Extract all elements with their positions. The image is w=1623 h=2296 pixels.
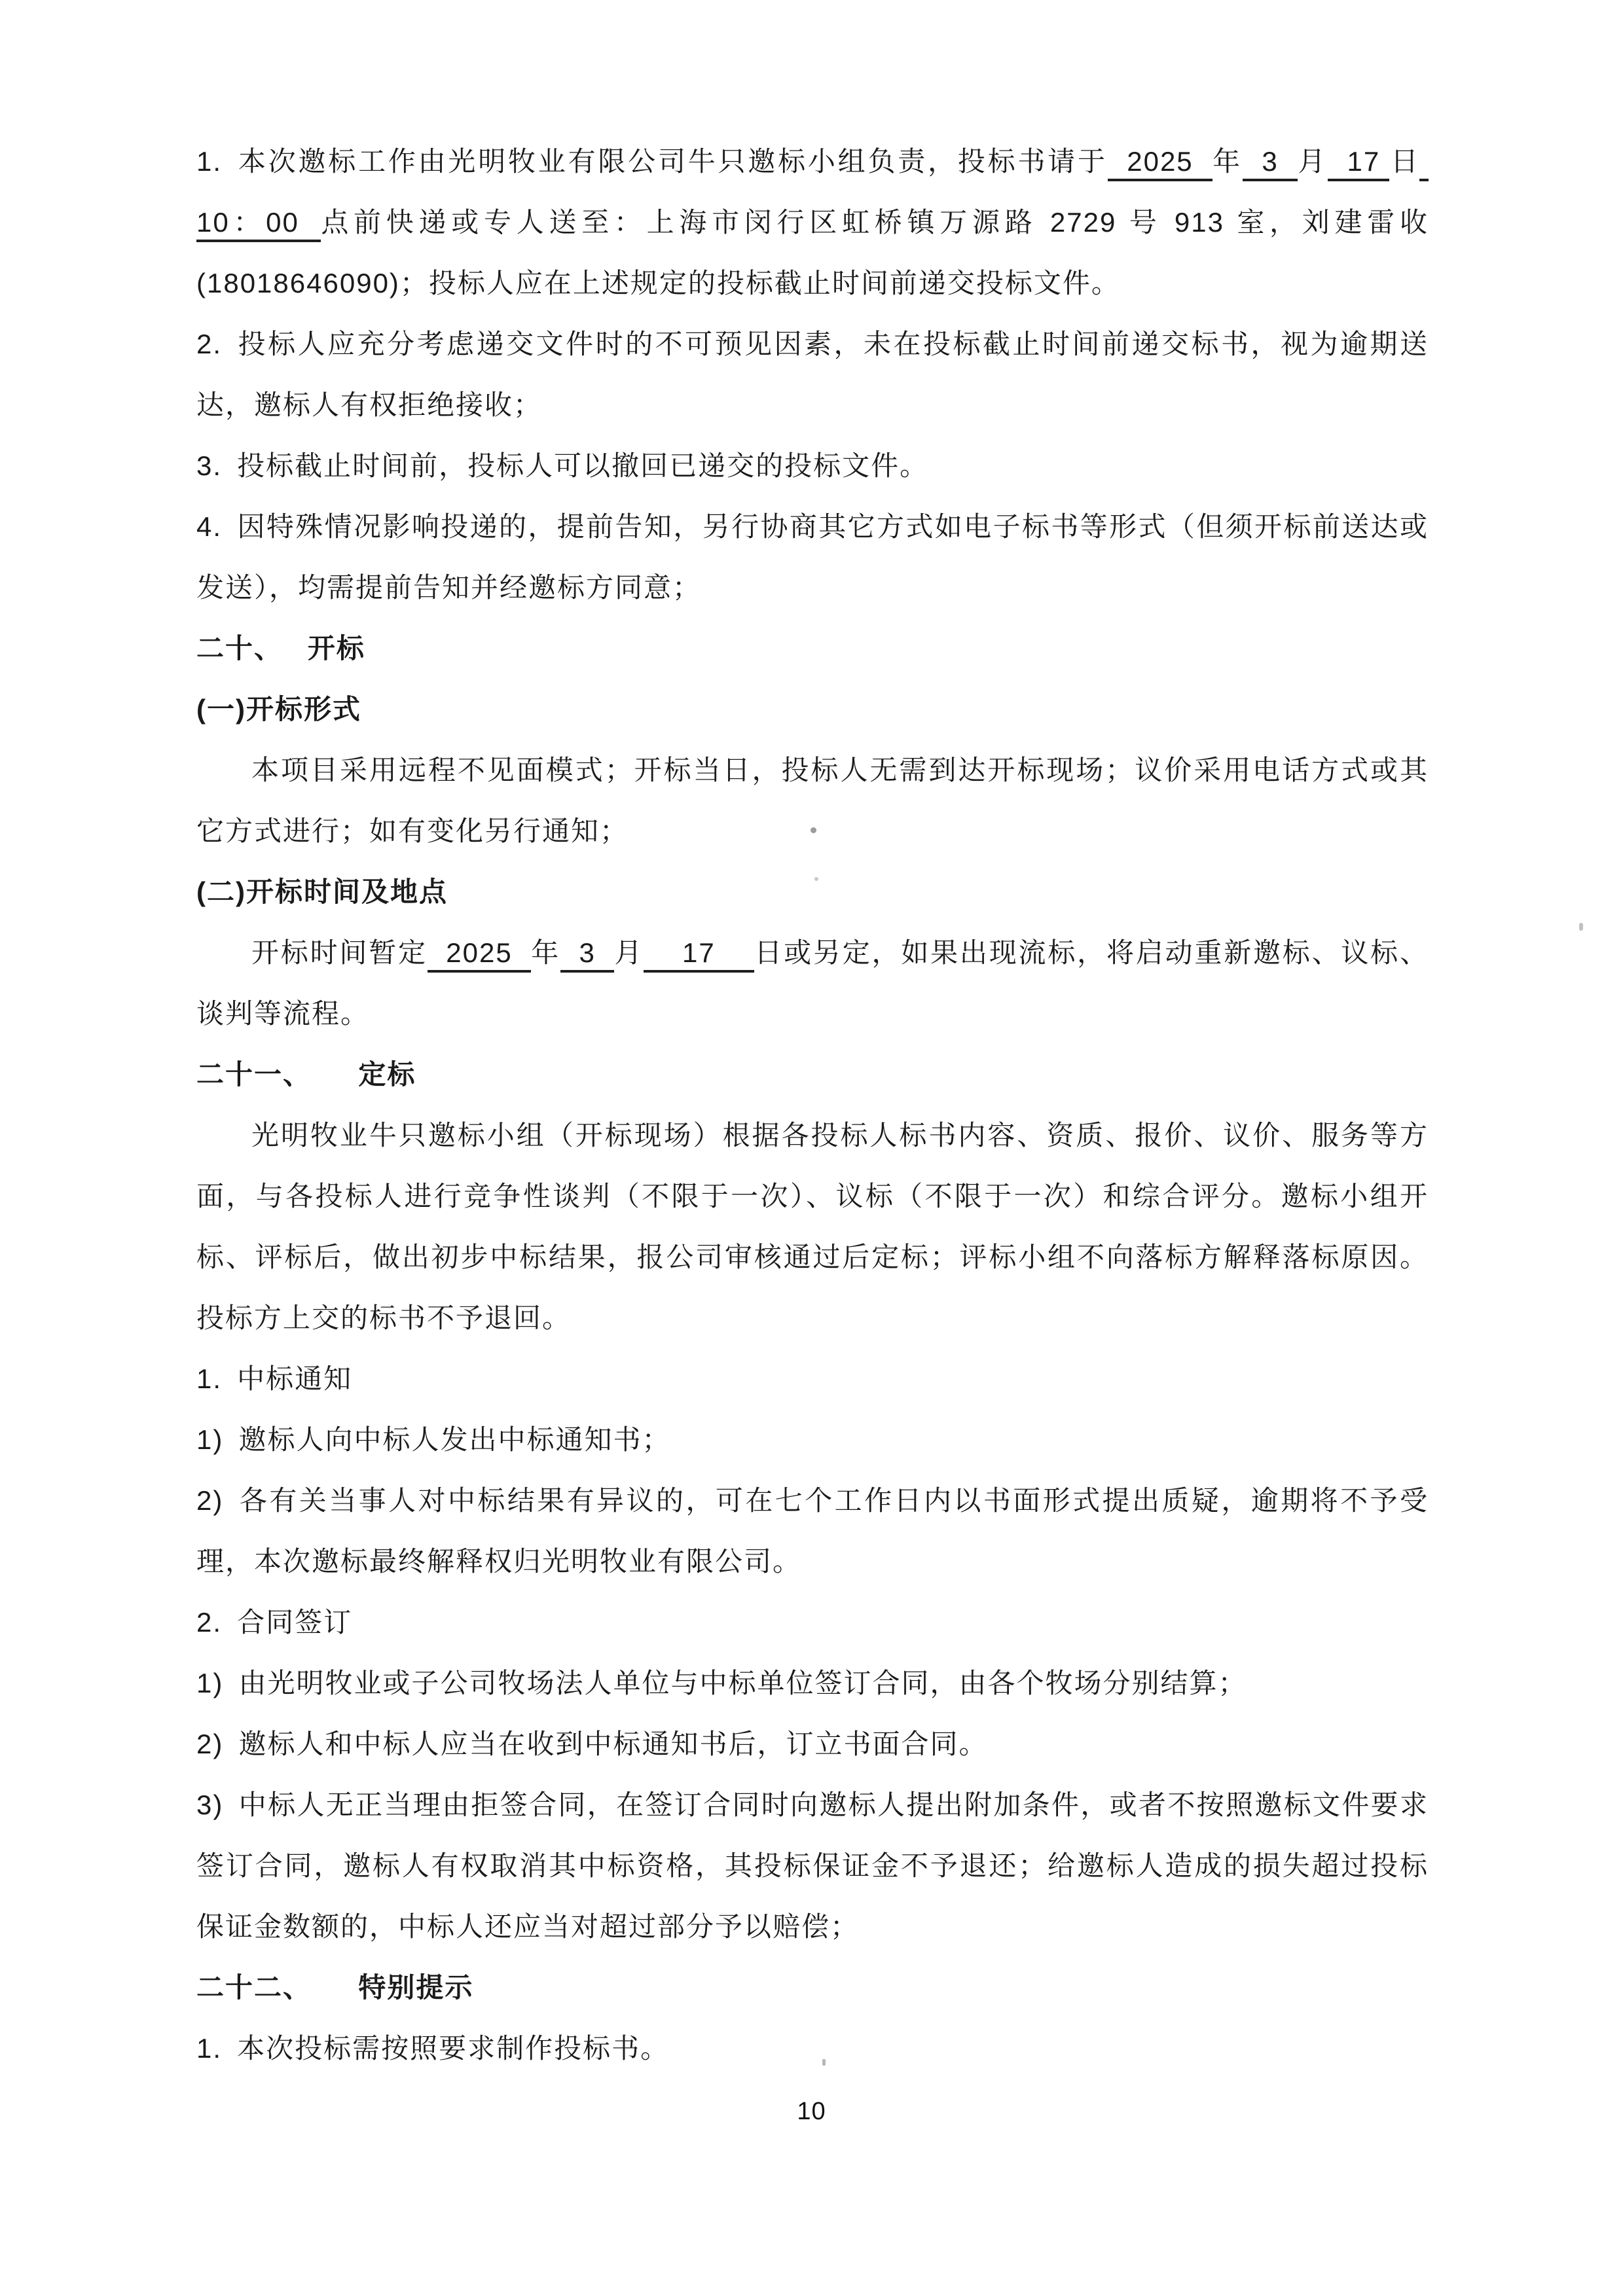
text-segment: 中标通知 xyxy=(237,1363,352,1394)
heading-number: 二十一、 xyxy=(196,1059,312,1090)
underlined-year: 2025 xyxy=(428,937,531,973)
list-marker: 1) xyxy=(196,1424,223,1455)
para-award-process: 光明牧业牛只邀标小组（开标现场）根据各投标人标书内容、资质、报价、议价、服务等方… xyxy=(196,1105,1429,1348)
list-marker: 3) xyxy=(196,1789,223,1820)
text-segment: 本次投标需按照要求制作投标书。 xyxy=(237,2033,669,2064)
text-segment: 因特殊情况影响投递的，提前告知，另行协商其它方式如电子标书等形式（但须开标前送达… xyxy=(196,511,1429,603)
heading-title: 定标 xyxy=(358,1059,416,1090)
heading-bid-opening: 二十、开标 xyxy=(196,618,1429,679)
item-special-note-1: 1.本次投标需按照要求制作投标书。 xyxy=(196,2018,1429,2079)
underlined-day: 17 xyxy=(644,937,754,973)
list-marker: 1. xyxy=(196,146,222,177)
underlined-month: 3 xyxy=(560,937,614,973)
text-segment: 月 xyxy=(614,937,644,968)
para-opening-format: 本项目采用远程不见面模式；开标当日，投标人无需到达开标现场；议价采用电话方式或其… xyxy=(196,740,1429,861)
item-award-notice: 1.中标通知 xyxy=(196,1348,1429,1409)
heading-special-note: 二十二、特别提示 xyxy=(196,1957,1429,2018)
item-notice-2: 2)各有关当事人对中标结果有异议的，可在七个工作日内以书面形式提出质疑，逾期将不… xyxy=(196,1470,1429,1592)
underlined-year: 2025 xyxy=(1108,146,1213,181)
text-segment: 本次邀标工作由光明牧业有限公司牛只邀标小组负责，投标书请于 xyxy=(237,146,1108,177)
document-body: 1.本次邀标工作由光明牧业有限公司牛只邀标小组负责，投标书请于 2025 年 3… xyxy=(196,131,1429,2079)
list-marker: 1. xyxy=(196,1363,222,1394)
scan-artifact xyxy=(814,877,818,881)
list-marker: 4. xyxy=(196,511,222,542)
list-marker: 2) xyxy=(196,1729,223,1759)
heading-title: (二)开标时间及地点 xyxy=(196,876,448,907)
heading-title: 开标 xyxy=(308,633,365,664)
item-contract-3: 3)中标人无正当理由拒签合同，在签订合同时向邀标人提出附加条件，或者不按照邀标文… xyxy=(196,1774,1429,1957)
list-marker: 1. xyxy=(196,2033,222,2064)
para-opening-time: 开标时间暂定 2025 年 3 月 17 日或另定，如果出现流标，将启动重新邀标… xyxy=(196,922,1429,1044)
heading-title: 特别提示 xyxy=(358,1972,473,2003)
scan-artifact xyxy=(811,827,816,833)
clause-withdrawal: 3.投标截止时间前，投标人可以撤回已递交的投标文件。 xyxy=(196,435,1429,496)
list-marker: 2. xyxy=(196,1607,222,1638)
underlined-day: 17 xyxy=(1328,146,1389,181)
text-segment: 合同签订 xyxy=(237,1607,352,1638)
text-segment: 开标时间暂定 xyxy=(251,937,428,968)
heading-award: 二十一、定标 xyxy=(196,1044,1429,1105)
scan-artifact xyxy=(1579,923,1583,931)
list-marker: 2. xyxy=(196,329,222,359)
page-number: 10 xyxy=(0,2098,1623,2126)
text-segment: 由光明牧业或子公司牧场法人单位与中标单位签订合同，由各个牧场分别结算； xyxy=(238,1668,1247,1698)
subheading-opening-format: (一)开标形式 xyxy=(196,679,1429,740)
text-segment: 年 xyxy=(531,937,560,968)
text-segment: 各有关当事人对中标结果有异议的，可在七个工作日内以书面形式提出质疑，逾期将不予受… xyxy=(196,1485,1429,1577)
list-marker: 3. xyxy=(196,450,222,481)
heading-number: 二十二、 xyxy=(196,1972,312,2003)
text-segment: 邀标人向中标人发出中标通知书； xyxy=(238,1424,670,1455)
text-segment: 投标截止时间前，投标人可以撤回已递交的投标文件。 xyxy=(237,450,928,481)
text-segment: 光明牧业牛只邀标小组（开标现场）根据各投标人标书内容、资质、报价、议价、服务等方… xyxy=(196,1120,1429,1333)
item-notice-1: 1)邀标人向中标人发出中标通知书； xyxy=(196,1409,1429,1470)
scan-artifact xyxy=(822,2059,826,2066)
underlined-month: 3 xyxy=(1243,146,1298,181)
text-segment: 年 xyxy=(1213,146,1243,177)
text-segment: 月 xyxy=(1298,146,1328,177)
list-marker: 2) xyxy=(196,1485,223,1516)
item-contract-2: 2)邀标人和中标人应当在收到中标通知书后，订立书面合同。 xyxy=(196,1713,1429,1774)
clause-unforeseen-factors: 2.投标人应充分考虑递交文件时的不可预见因素，未在投标截止时间前递交标书，视为逾… xyxy=(196,314,1429,435)
clause-special-delivery: 4.因特殊情况影响投递的，提前告知，另行协商其它方式如电子标书等形式（但须开标前… xyxy=(196,496,1429,618)
text-segment: 日 xyxy=(1389,146,1419,177)
subheading-opening-time-place: (二)开标时间及地点 xyxy=(196,861,1429,922)
item-contract-1: 1)由光明牧业或子公司牧场法人单位与中标单位签订合同，由各个牧场分别结算； xyxy=(196,1653,1429,1713)
text-segment: 邀标人和中标人应当在收到中标通知书后，订立书面合同。 xyxy=(238,1729,987,1759)
item-contract-signing: 2.合同签订 xyxy=(196,1592,1429,1653)
heading-number: 二十、 xyxy=(196,633,283,664)
text-segment: 投标人应充分考虑递交文件时的不可预见因素，未在投标截止时间前递交标书，视为逾期送… xyxy=(196,329,1429,420)
text-segment: 点前快递或专人送至：上海市闵行区虹桥镇万源路 2729 号 913 室，刘建雷收… xyxy=(196,207,1429,298)
text-segment: 中标人无正当理由拒签合同，在签订合同时向邀标人提出附加条件，或者不按照邀标文件要… xyxy=(196,1789,1429,1942)
list-marker: 1) xyxy=(196,1668,223,1698)
clause-submission-deadline: 1.本次邀标工作由光明牧业有限公司牛只邀标小组负责，投标书请于 2025 年 3… xyxy=(196,131,1429,314)
heading-title: (一)开标形式 xyxy=(196,694,361,725)
